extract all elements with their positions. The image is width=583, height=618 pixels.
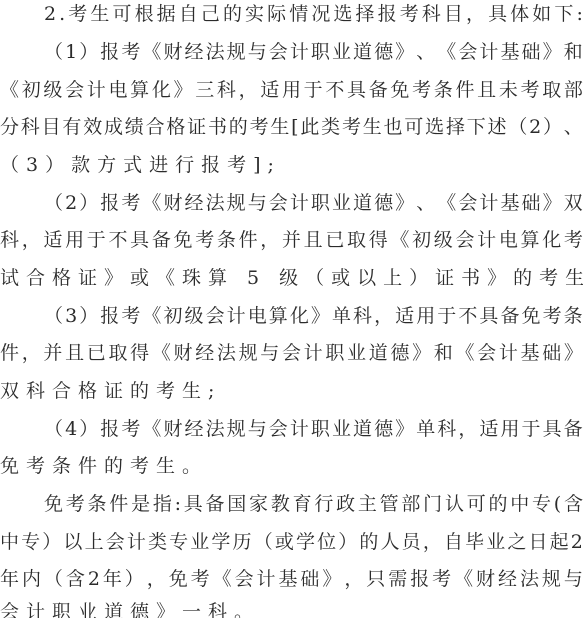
text-line: 中专）以上会计类专业学历（或学位）的人员，自毕业之日起2 bbox=[0, 528, 583, 556]
text-line: 免考条件是指:具备国家教育行政主管部门认可的中专(含 bbox=[44, 490, 583, 518]
text-line: 科，适用于不具备免考条件，并且已取得《初级会计电算化考 bbox=[0, 226, 583, 254]
text-line: （2）报考《财经法规与会计职业道德》、《会计基础》双 bbox=[44, 189, 583, 217]
text-line: （3）报考《初级会计电算化》单科，适用于不具备免考条 bbox=[44, 302, 583, 330]
text-line: （1）报考《财经法规与会计职业道德》、《会计基础》和 bbox=[44, 38, 583, 66]
text-line: 2.考生可根据自己的实际情况选择报考科目，具体如下: bbox=[44, 0, 583, 28]
text-line: 会计职业道德》一科。 bbox=[0, 598, 583, 618]
text-line: 试合格证》或《珠算 5 级（或以上）证书》的考生; bbox=[0, 264, 583, 292]
text-line: （3）款方式进行报考]; bbox=[0, 151, 583, 179]
text-line: 双科合格证的考生; bbox=[0, 377, 583, 405]
text-line: 分科目有效成绩合格证书的考生[此类考生也可选择下述（2）、 bbox=[0, 113, 583, 141]
text-line: 件，并且已取得《财经法规与会计职业道德》和《会计基础》 bbox=[0, 339, 583, 367]
text-line: 《初级会计电算化》三科，适用于不具备免考条件且未考取部 bbox=[0, 76, 583, 104]
text-line: 年内（含2年），免考《会计基础》，只需报考《财经法规与 bbox=[0, 565, 583, 593]
text-line: 免考条件的考生。 bbox=[0, 452, 583, 480]
text-line: （4）报考《财经法规与会计职业道德》单科，适用于具备 bbox=[44, 415, 583, 443]
